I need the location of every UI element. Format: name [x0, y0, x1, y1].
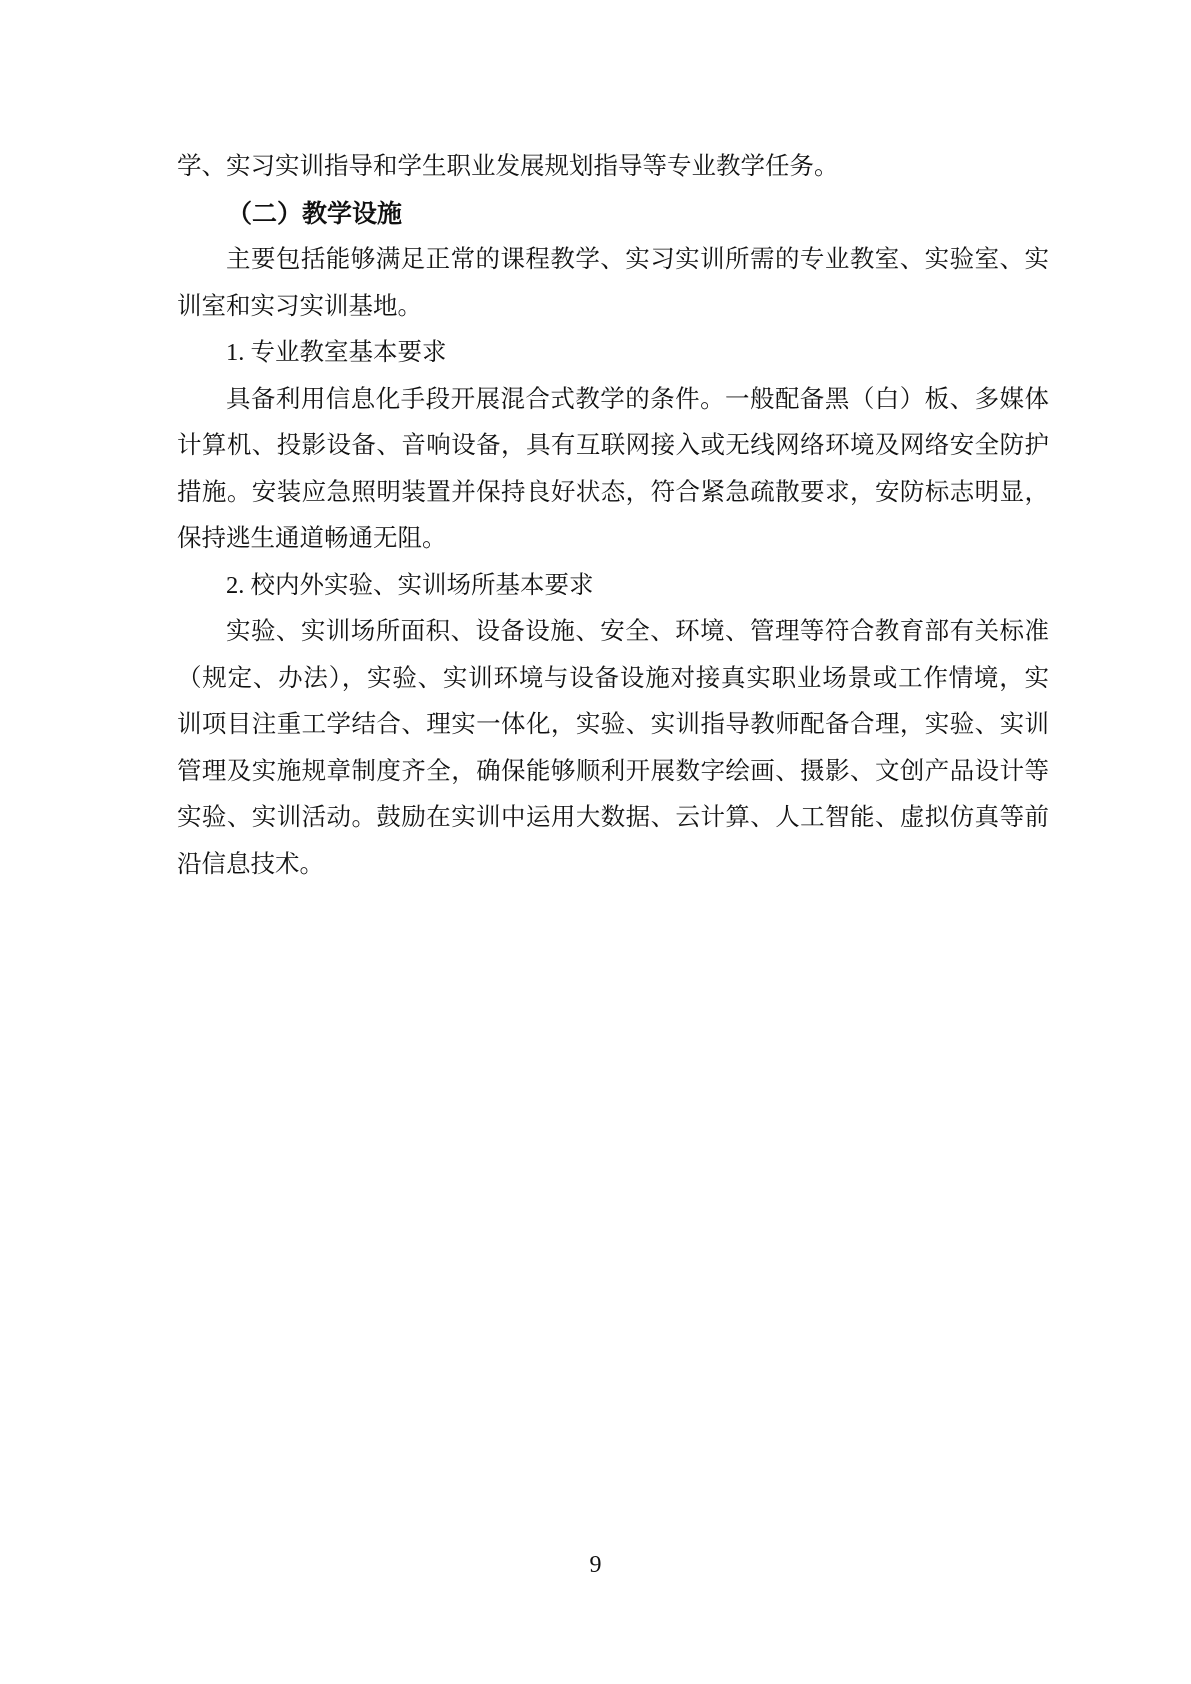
text-line: （二）教学设施	[177, 191, 1049, 238]
text-line: 训室和实习实训基地。	[177, 284, 1049, 331]
text-line: 训项目注重工学结合、理实一体化，实验、实训指导教师配备合理，实验、实训	[177, 702, 1049, 749]
text-line: 实验、实训活动。鼓励在实训中运用大数据、云计算、人工智能、虚拟仿真等前	[177, 795, 1049, 842]
text-line: 管理及实施规章制度齐全，确保能够顺利开展数字绘画、摄影、文创产品设计等	[177, 749, 1049, 796]
text-line: 保持逃生通道畅通无阻。	[177, 516, 1049, 563]
text-line: 学、实习实训指导和学生职业发展规划指导等专业教学任务。	[177, 144, 1049, 191]
page-footer: 9	[0, 1552, 1191, 1579]
text-line: （规定、办法），实验、实训环境与设备设施对接真实职业场景或工作情境，实	[177, 656, 1049, 703]
page-number: 9	[590, 1552, 602, 1578]
text-line: 1. 专业教室基本要求	[177, 330, 1049, 377]
document-body: 学、实习实训指导和学生职业发展规划指导等专业教学任务。（二）教学设施主要包括能够…	[177, 144, 1049, 888]
document-page: 学、实习实训指导和学生职业发展规划指导等专业教学任务。（二）教学设施主要包括能够…	[0, 0, 1191, 1684]
text-line: 2. 校内外实验、实训场所基本要求	[177, 563, 1049, 610]
text-line: 沿信息技术。	[177, 842, 1049, 889]
text-line: 措施。安装应急照明装置并保持良好状态，符合紧急疏散要求，安防标志明显，	[177, 470, 1049, 517]
text-line: 主要包括能够满足正常的课程教学、实习实训所需的专业教室、实验室、实	[177, 237, 1049, 284]
text-line: 具备利用信息化手段开展混合式教学的条件。一般配备黑（白）板、多媒体	[177, 377, 1049, 424]
text-line: 实验、实训场所面积、设备设施、安全、环境、管理等符合教育部有关标准	[177, 609, 1049, 656]
text-line: 计算机、投影设备、音响设备，具有互联网接入或无线网络环境及网络安全防护	[177, 423, 1049, 470]
